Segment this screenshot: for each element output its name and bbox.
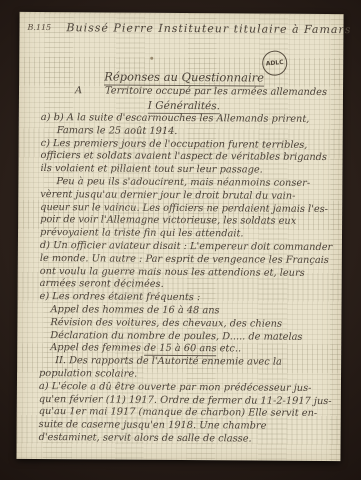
scan-background: B.115 Buissé Pierre Instituteur titulair…: [0, 0, 361, 480]
subtitle-text: Territoire occupé par les armées alleman…: [105, 85, 327, 98]
femmes-prefix: Appel des femmes: [50, 342, 144, 354]
femmes-suffix: etc..: [216, 344, 241, 355]
manuscript-line: d'estaminet, servit alors de salle de cl…: [39, 432, 325, 447]
doc-subtitle: ATerritoire occupé par les armées allema…: [41, 84, 327, 100]
manuscript-content: Réponses au Questionnaire ATerritoire oc…: [16, 12, 343, 461]
subtitle-label: A: [75, 84, 105, 98]
underlined-phrase: de 15 à 60 ans: [144, 343, 217, 356]
manuscript-page: B.115 Buissé Pierre Instituteur titulair…: [16, 12, 343, 461]
